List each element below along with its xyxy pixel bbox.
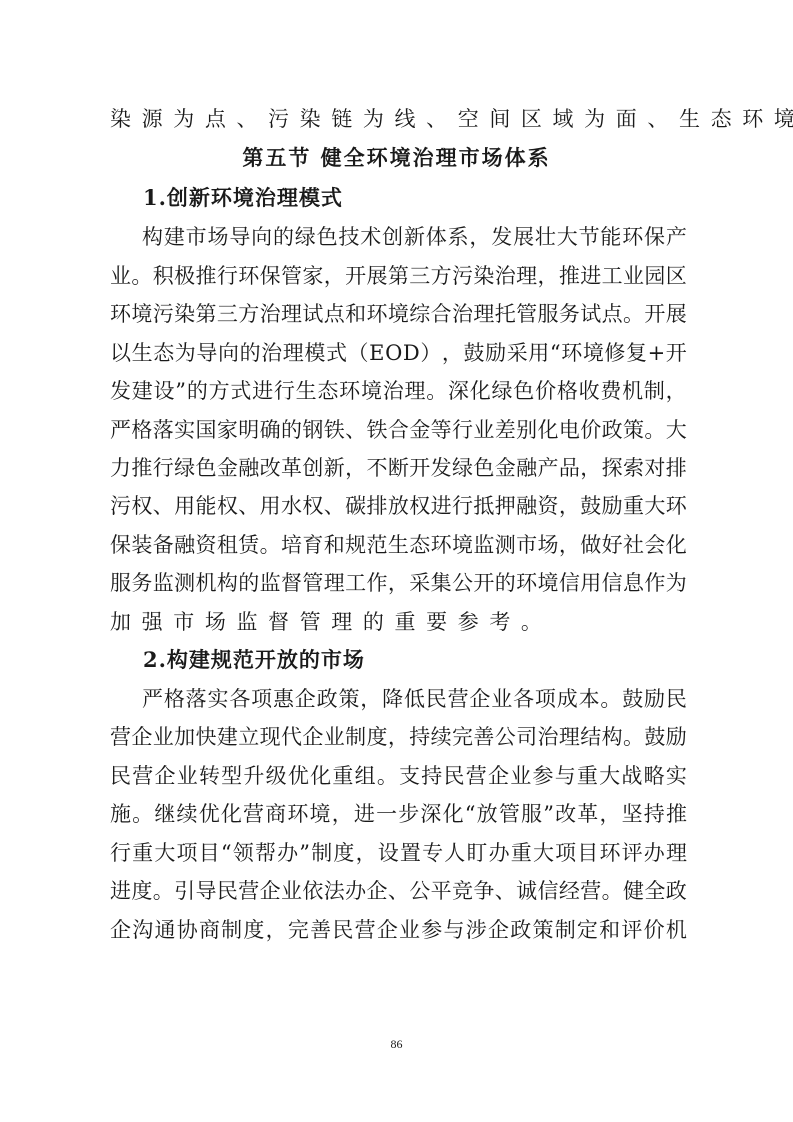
paragraph-line: 环境污染第三方治理试点和环境综合治理托管服务试点。开展 bbox=[110, 299, 687, 329]
paragraph-line: 服务监测机构的监督管理工作，采集公开的环境信用信息作为 bbox=[110, 568, 687, 598]
paragraph-line: 保装备融资租赁。培育和规范生态环境监测市场，做好社会化 bbox=[110, 530, 687, 560]
paragraph-line: 染源为点、污染链为线、空间区域为面、生态环境为体。 bbox=[110, 104, 687, 134]
page-number: 86 bbox=[0, 1037, 793, 1052]
paragraph-line: 民营企业转型升级优化重组。支持民营企业参与重大战略实 bbox=[110, 761, 687, 791]
paragraph-line: 进度。引导民营企业依法办企、公平竞争、诚信经营。健全政 bbox=[110, 876, 687, 906]
paragraph-line: 营企业加快建立现代企业制度，持续完善公司治理结构。鼓励 bbox=[110, 722, 687, 752]
paragraph-line: 企沟通协商制度，完善民营企业参与涉企政策制定和评价机 bbox=[110, 915, 687, 945]
paragraph-line: 以生态为导向的治理模式（EOD），鼓励采用“环境修复+开 bbox=[110, 338, 687, 368]
paragraph-line: 业。积极推行环保管家，开展第三方污染治理，推进工业园区 bbox=[110, 261, 687, 291]
paragraph-line: 污权、用能权、用水权、碳排放权进行抵押融资，鼓励重大环 bbox=[110, 491, 687, 521]
section-heading: 第五节 健全环境治理市场体系 bbox=[0, 143, 793, 173]
document-page: 染源为点、污染链为线、空间区域为面、生态环境为体。 第五节 健全环境治理市场体系… bbox=[0, 0, 793, 1122]
paragraph-line: 严格落实各项惠企政策，降低民营企业各项成本。鼓励民 bbox=[142, 684, 687, 714]
paragraph-line: 行重大项目“领帮办”制度，设置专人盯办重大项目环评办理 bbox=[110, 838, 687, 868]
paragraph-line: 力推行绿色金融改革创新，不断开发绿色金融产品，探索对排 bbox=[110, 453, 687, 483]
paragraph-line: 发建设”的方式进行生态环境治理。深化绿色价格收费机制， bbox=[110, 376, 687, 406]
paragraph-line: 加强市场监督管理的重要参考。 bbox=[110, 607, 687, 637]
paragraph-line: 构建市场导向的绿色技术创新体系，发展壮大节能环保产 bbox=[142, 222, 687, 252]
paragraph-line: 严格落实国家明确的钢铁、铁合金等行业差别化电价政策。大 bbox=[110, 415, 687, 445]
subsection-title-2: 2.构建规范开放的市场 bbox=[143, 645, 365, 675]
paragraph-line: 施。继续优化营商环境，进一步深化“放管服”改革，坚持推 bbox=[110, 799, 687, 829]
subsection-title-1: 1.创新环境治理模式 bbox=[143, 183, 343, 213]
